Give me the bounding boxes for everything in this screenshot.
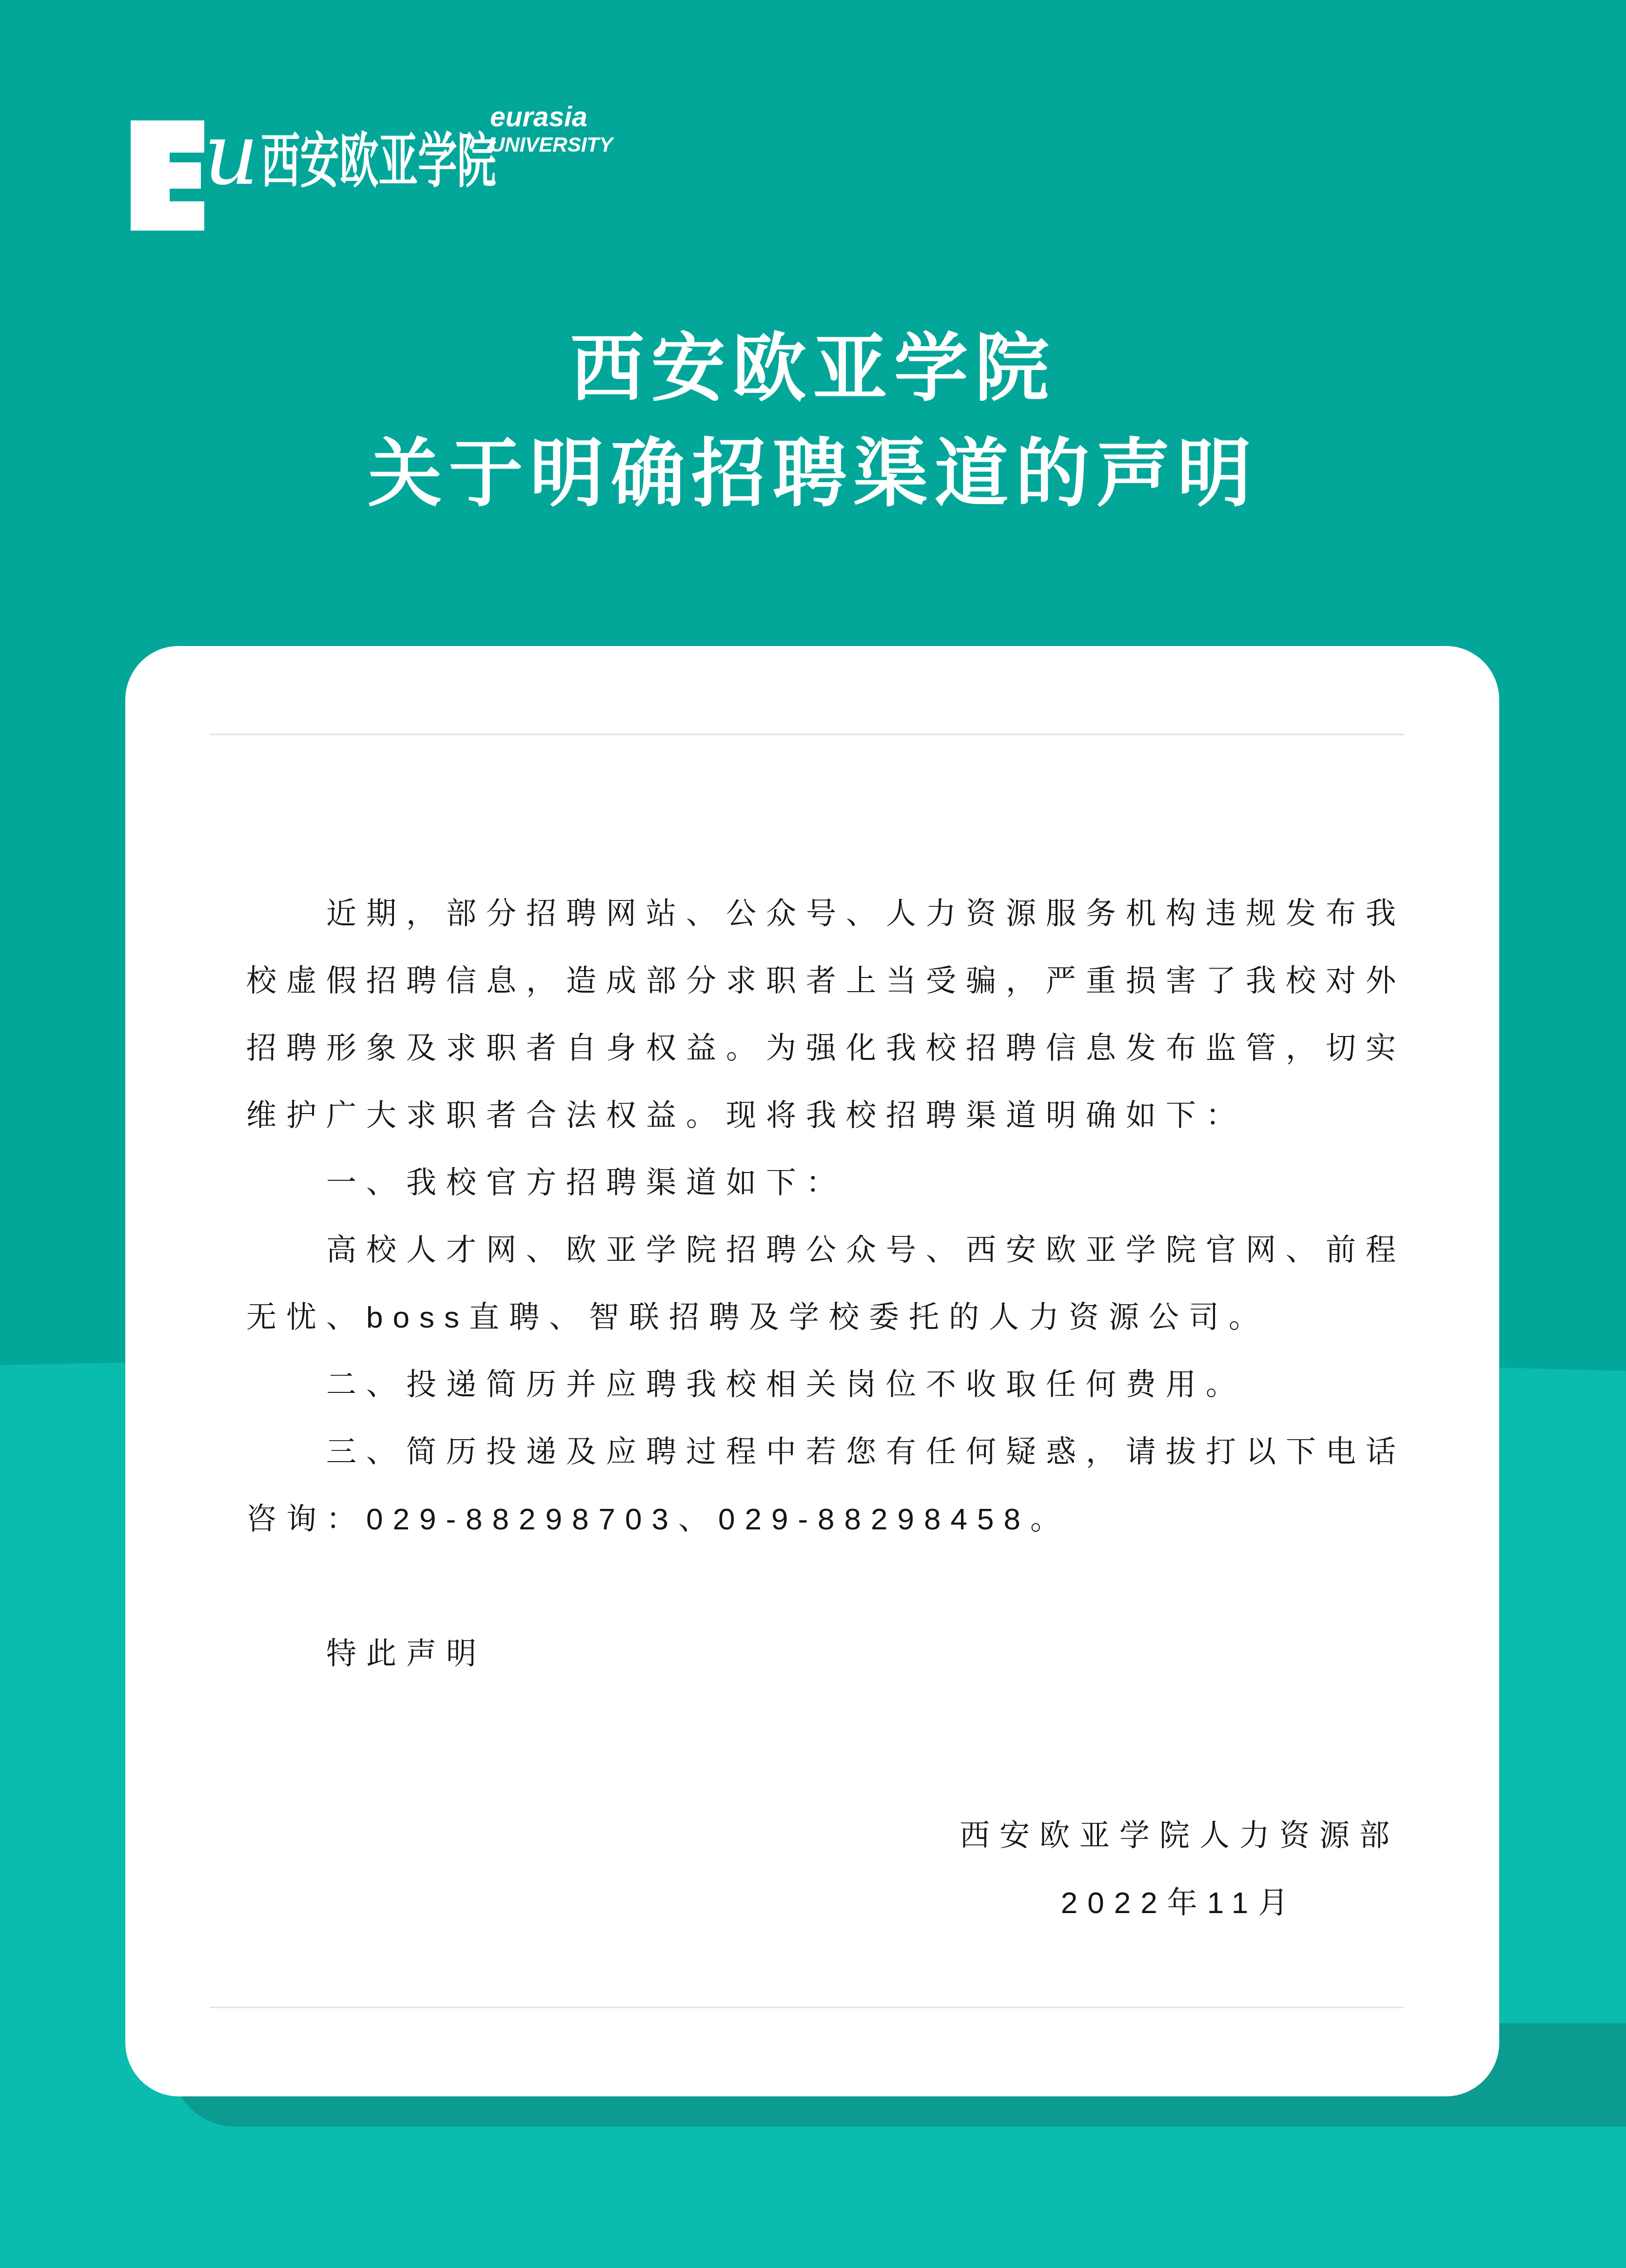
- body-line: 招聘形象及求职者自身权益。为强化我校招聘信息发布监管，切实: [246, 1015, 1411, 1082]
- card-top-divider: [210, 734, 1404, 735]
- logo-university-name-en: eurasia UNIVERSITY: [490, 103, 613, 155]
- eurasia-u-glyph: u: [204, 112, 259, 197]
- body-line: 高校人才网、欧亚学院招聘公众号、西安欧亚学院官网、前程: [246, 1217, 1411, 1284]
- page-title-line1: 西安欧亚学院: [0, 316, 1626, 421]
- page-title: 西安欧亚学院 关于明确招聘渠道的声明: [0, 316, 1626, 527]
- body-line: 校虚假招聘信息，造成部分求职者上当受骗，严重损害了我校对外: [246, 948, 1411, 1015]
- body-line: 三、简历投递及应聘过程中若您有任何疑惑，请拔打以下电话: [246, 1419, 1411, 1486]
- body-line: 二、投递简历并应聘我校相关岗位不收取任何费用。: [246, 1351, 1411, 1419]
- signature-date: 2022年11月: [960, 1870, 1399, 1937]
- statement-poster: u 西安欧亚学院 eurasia UNIVERSITY 西安欧亚学院 关于明确招…: [0, 0, 1626, 2268]
- body-line: 维护广大求职者合法权益。现将我校招聘渠道明确如下：: [246, 1082, 1411, 1150]
- logo-en-line1: eurasia: [490, 103, 613, 131]
- body-line: 无忧、boss直聘、智联招聘及学校委托的人力资源公司。: [246, 1284, 1411, 1351]
- logo-en-line2: UNIVERSITY: [490, 135, 613, 155]
- signature-org: 西安欧亚学院人力资源部: [960, 1802, 1399, 1870]
- logo-university-name-cn: 西安欧亚学院: [261, 128, 496, 194]
- body-line: 一、我校官方招聘渠道如下：: [246, 1150, 1411, 1217]
- eurasia-e-logo-icon: [131, 120, 204, 231]
- statement-body: 近期，部分招聘网站、公众号、人力资源服务机构违规发布我 校虚假招聘信息，造成部分…: [246, 880, 1411, 1553]
- signature-block: 西安欧亚学院人力资源部 2022年11月: [960, 1802, 1399, 1937]
- closing-statement: 特此声明: [326, 1621, 486, 1688]
- body-line: 咨询：029-88298703、029-88298458。: [246, 1486, 1411, 1553]
- page-title-line2: 关于明确招聘渠道的声明: [0, 421, 1626, 527]
- body-line: 近期，部分招聘网站、公众号、人力资源服务机构违规发布我: [246, 880, 1411, 948]
- card-bottom-divider: [210, 2007, 1404, 2008]
